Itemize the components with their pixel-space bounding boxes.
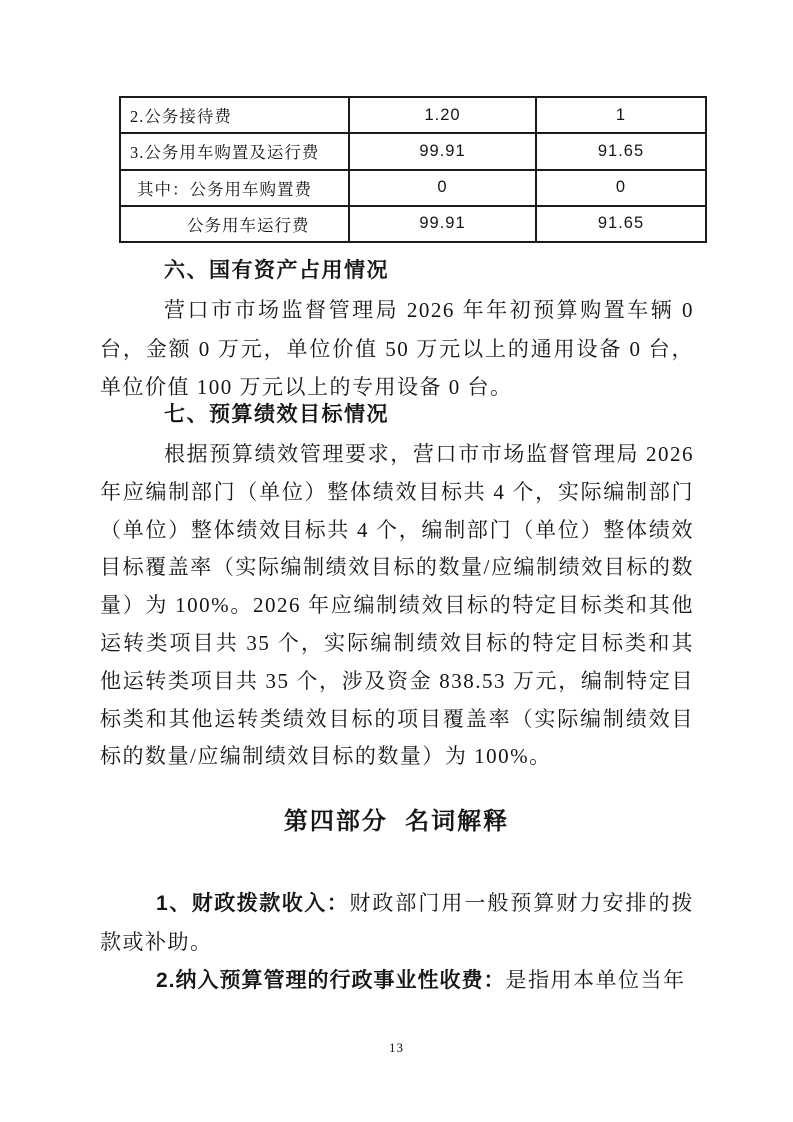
performance-targets-paragraph: 根据预算绩效管理要求，营口市市场监督管理局 2026 年应编制部门（单位）整体绩… <box>100 436 694 776</box>
section-heading-performance-targets: 七、预算绩效目标情况 <box>100 400 694 430</box>
part-four-title: 第四部分 名词解释 <box>0 806 793 838</box>
budget-table: 2.公务接待费 1.20 1 3.公务用车购置及运行费 99.91 91.65 … <box>119 96 707 243</box>
table-row: 3.公务用车购置及运行费 99.91 91.65 <box>120 133 706 169</box>
actual-value: 1 <box>536 97 706 133</box>
row-label: 2.公务接待费 <box>120 97 349 133</box>
term-label: 1、财政拨款收入： <box>156 892 349 915</box>
section-heading-state-assets: 六、国有资产占用情况 <box>100 256 694 286</box>
table-row: 其中：公务用车购置费 0 0 <box>120 170 706 206</box>
state-assets-paragraph: 营口市市场监督管理局 2026 年年初预算购置车辆 0 台，金额 0 万元，单位… <box>100 291 694 407</box>
budget-value: 1.20 <box>349 97 536 133</box>
page-number: 13 <box>0 1040 793 1056</box>
term-label: 2.纳入预算管理的行政事业性收费： <box>156 969 506 992</box>
table-row: 2.公务接待费 1.20 1 <box>120 97 706 133</box>
term-item: 2.纳入预算管理的行政事业性收费：是指用本单位当年 <box>100 961 694 1000</box>
actual-value: 91.65 <box>536 133 706 169</box>
row-label: 公务用车运行费 <box>120 206 349 242</box>
budget-value: 99.91 <box>349 206 536 242</box>
row-label: 3.公务用车购置及运行费 <box>120 133 349 169</box>
budget-value: 0 <box>349 170 536 206</box>
actual-value: 0 <box>536 170 706 206</box>
term-definition: 是指用本单位当年 <box>506 968 686 992</box>
actual-value: 91.65 <box>536 206 706 242</box>
term-item: 1、财政拨款收入：财政部门用一般预算财力安排的拨款或补助。 <box>100 884 694 962</box>
table-row: 公务用车运行费 99.91 91.65 <box>120 206 706 242</box>
row-label: 其中：公务用车购置费 <box>120 170 349 206</box>
budget-value: 99.91 <box>349 133 536 169</box>
document-page: 2.公务接待费 1.20 1 3.公务用车购置及运行费 99.91 91.65 … <box>0 0 793 1122</box>
